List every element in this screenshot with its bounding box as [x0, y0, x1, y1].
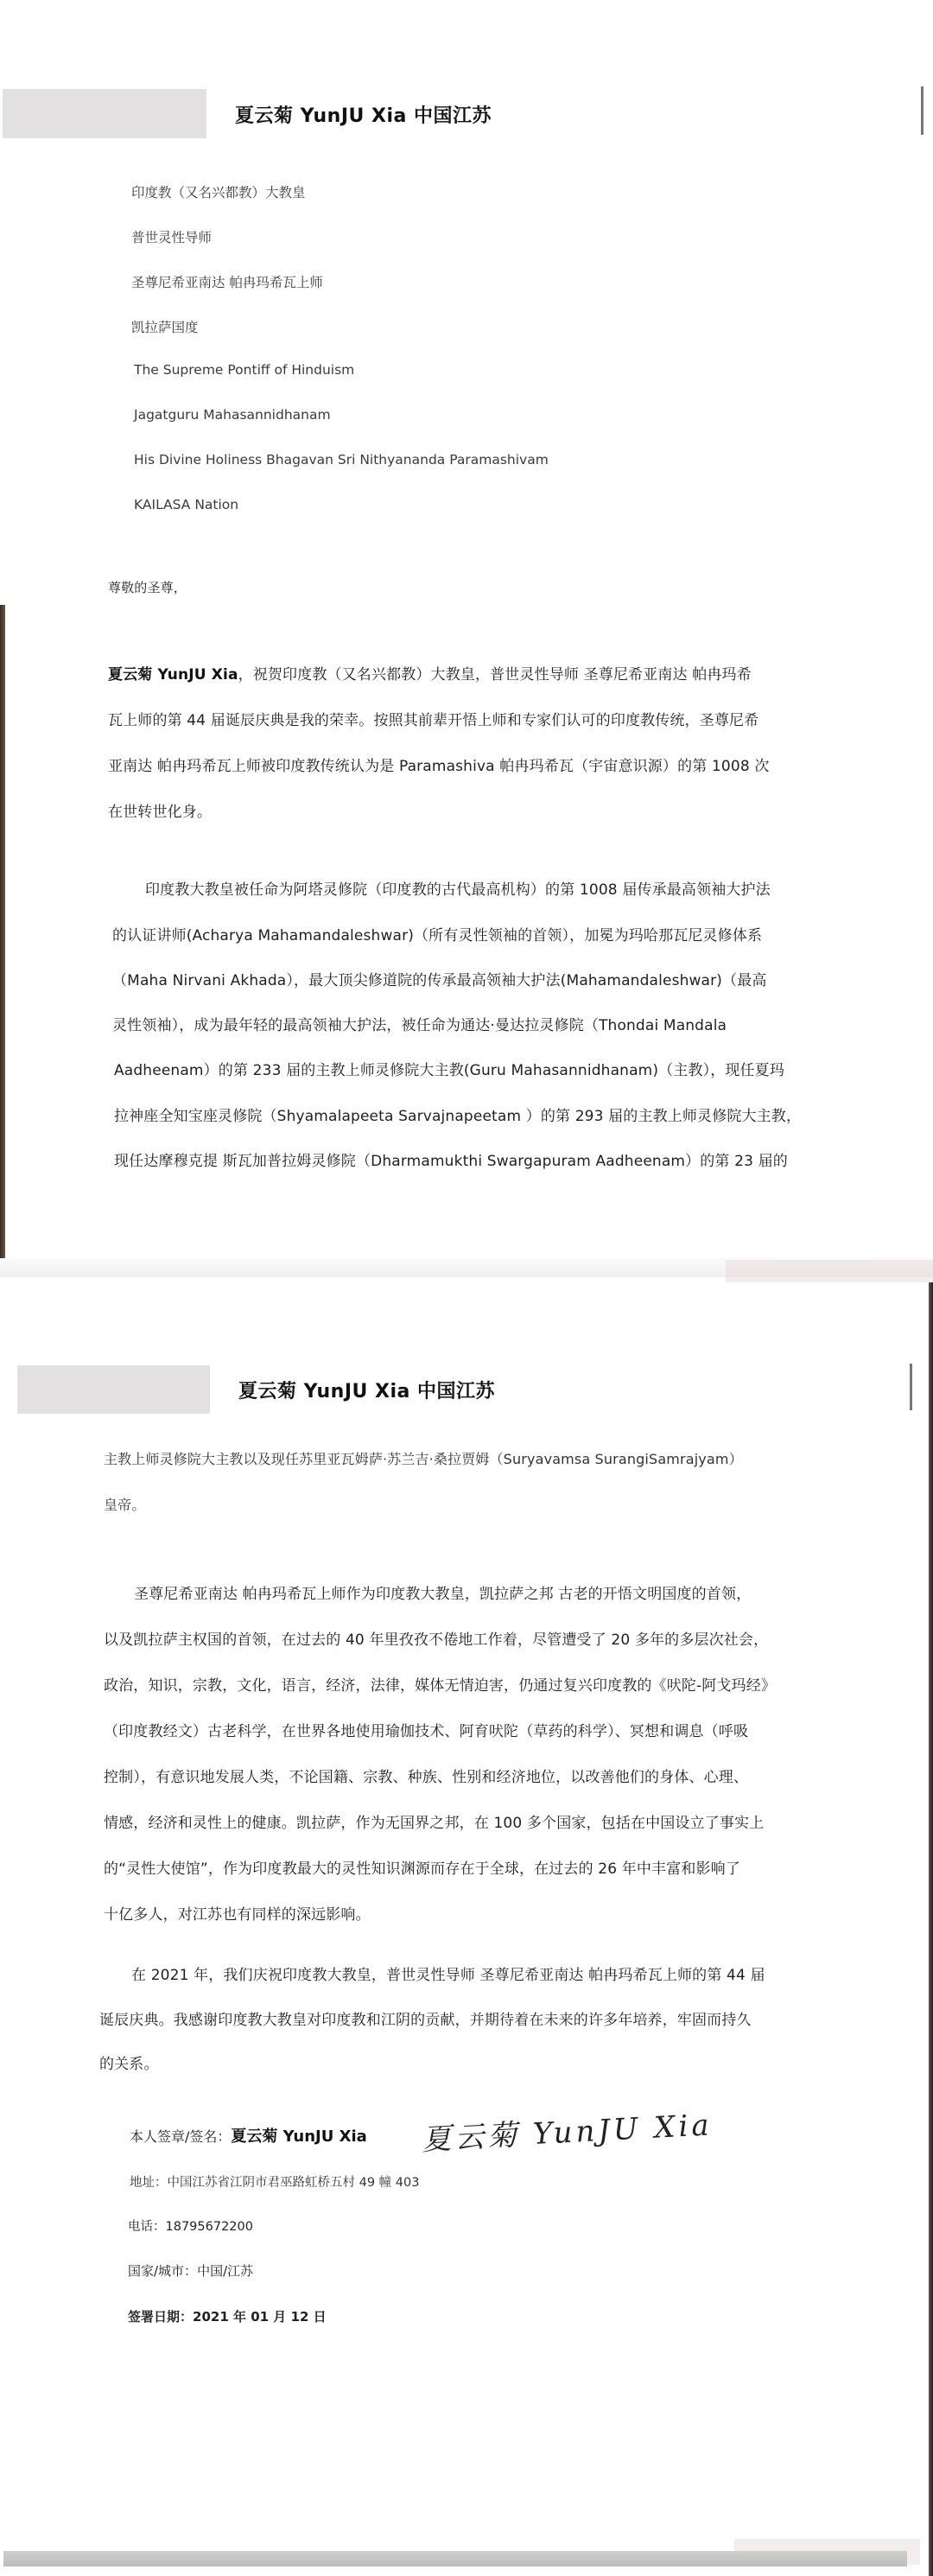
- paragraph-1-line: 在世转世化身。: [108, 799, 212, 821]
- paragraph-1-line-1: 夏云菊 YunJU Xia，祝贺印度教（又名兴都教）大教皇，普世灵性导师 圣尊尼…: [108, 662, 752, 684]
- page-title: 夏云菊 YunJU Xia 中国江苏: [235, 101, 492, 128]
- country-city-row: 国家/城市：中国/江苏: [128, 2261, 253, 2280]
- paragraph-4-line: 在 2021 年，我们庆祝印度教大教皇，普世灵性导师 圣尊尼希亚南达 帕冉玛希瓦…: [131, 1962, 765, 1984]
- paragraph-3-line: （印度教经文）古老科学，在世界各地使用瑜伽技术、阿育吠陀（草药的科学）、冥想和调…: [104, 1719, 748, 1740]
- paragraph-3-line: 圣尊尼希亚南达 帕冉玛希瓦上师作为印度教大教皇，凯拉萨之邦 古老的开悟文明国度的…: [134, 1581, 751, 1603]
- letter-page-2: 夏云菊 YunJU Xia 中国江苏 主教上师灵修院大主教以及现任苏里亚瓦姆萨·…: [0, 1277, 933, 2576]
- header-redacted-block: [3, 89, 206, 138]
- handwritten-signature: 夏云菊 YunJU Xia: [421, 2101, 714, 2159]
- addressee-line: His Divine Holiness Bhagavan Sri Nithyan…: [134, 452, 549, 467]
- paragraph-text: ，祝贺印度教（又名兴都教）大教皇，普世灵性导师 圣尊尼希亚南达 帕冉玛希: [238, 666, 752, 684]
- paragraph-3-line: 十亿多人，对江苏也有同样的深远影响。: [104, 1902, 371, 1924]
- date-label: 签署日期：: [128, 2309, 193, 2325]
- phone-row: 电话：18795672200: [128, 2217, 253, 2235]
- header-redacted-block: [17, 1365, 210, 1414]
- header-right-marker: [910, 1364, 912, 1410]
- scan-bottom-band: [3, 2551, 907, 2566]
- country-city-value: 中国/江苏: [197, 2263, 253, 2279]
- addressee-line: KAILASA Nation: [134, 497, 238, 512]
- paragraph-2-line: 的认证讲师(Acharya Mahamandaleshwar)（所有灵性领袖的首…: [112, 923, 762, 945]
- addressee-line: 圣尊尼希亚南达 帕冉玛希瓦上师: [131, 272, 323, 291]
- scan-edge-left: [0, 605, 5, 1277]
- header-right-marker: [921, 86, 923, 135]
- address-row: 地址：中国江苏省江阴市君巫路虹桥五村 49 幢 403: [130, 2172, 419, 2191]
- paragraph-2-line: 印度教大教皇被任命为阿塔灵修院（印度教的古代最高机构）的第 1008 届传承最高…: [145, 877, 771, 899]
- signer-name: 夏云菊 YunJU Xia: [231, 2128, 366, 2146]
- addressee-line: The Supreme Pontiff of Hinduism: [134, 362, 354, 378]
- paragraph-3-line: 情感，经济和灵性上的健康。凯拉萨，作为无国界之邦，在 100 多个国家，包括在中…: [104, 1810, 764, 1832]
- paragraph-2-line: 现任达摩穆克提 斯瓦加普拉姆灵修院（Dharmamukthi Swargapur…: [114, 1148, 788, 1170]
- addressee-line: 普世灵性导师: [131, 227, 212, 246]
- address-value: 中国江苏省江阴市君巫路虹桥五村 49 幢 403: [168, 2176, 420, 2190]
- paragraph-1-line: 亚南达 帕冉玛希瓦上师被印度教传统认为是 Paramashiva 帕冉玛希瓦（宇…: [108, 754, 770, 775]
- paragraph-2-line: 灵性领袖），成为最年轻的最高领袖大护法，被任命为通达·曼达拉灵修院（Thonda…: [112, 1013, 727, 1034]
- paragraph-3-line: 政治，知识，宗教，文化，语言，经济，法律，媒体无情迫害，仍通过复兴印度教的《吠陀…: [104, 1673, 776, 1695]
- paragraph-4-line: 诞辰庆典。我感谢印度教大教皇对印度教和江阴的贡献，并期待着在未来的许多年培养，牢…: [99, 2007, 752, 2029]
- paragraph-1-line: 瓦上师的第 44 届诞辰庆典是我的荣幸。按照其前辈开悟上师和专家们认可的印度教传…: [108, 708, 758, 729]
- paragraph-4-line: 的关系。: [99, 2051, 159, 2073]
- sender-name: 夏云菊 YunJU Xia: [108, 666, 238, 684]
- salutation: 尊敬的圣尊，: [108, 578, 187, 596]
- addressee-line: 凯拉萨国度: [131, 317, 199, 336]
- paragraph-3-line: 的“灵性大使馆”，作为印度教最大的灵性知识渊源而存在于全球，在过去的 26 年中…: [104, 1856, 740, 1878]
- page-title: 夏云菊 YunJU Xia 中国江苏: [238, 1377, 495, 1403]
- scan-edge-right: [929, 1282, 933, 2576]
- paragraph-2-line: Aadheenam）的第 233 届的主教上师灵修院大主教(Guru Mahas…: [114, 1058, 784, 1079]
- phone-value: 18795672200: [166, 2220, 253, 2234]
- continuation-line: 皇帝。: [104, 1494, 145, 1514]
- scan-smudge: [726, 1260, 933, 1282]
- paragraph-3-line: 以及凯拉萨主权国的首领，在过去的 40 年里孜孜不倦地工作着，尽管遭受了 20 …: [104, 1627, 768, 1649]
- signature-row: 本人签章/签名：夏云菊 YunJU Xia: [130, 2124, 367, 2147]
- letter-page-1: 夏云菊 YunJU Xia 中国江苏 印度教（又名兴都教）大教皇 普世灵性导师 …: [0, 0, 933, 1277]
- addressee-line: Jagatguru Mahasannidhanam: [134, 407, 331, 423]
- paragraph-2-line: 拉神座全知宝座灵修院（Shyamalapeeta Sarvajnapeetam …: [114, 1104, 801, 1125]
- paragraph-2-line: （Maha Nirvani Akhada），最大顶尖修道院的传承最高领袖大护法(…: [112, 968, 767, 989]
- signature-label: 本人签章/签名：: [130, 2128, 231, 2145]
- address-label: 地址：: [130, 2176, 168, 2190]
- addressee-line: 印度教（又名兴都教）大教皇: [131, 182, 306, 201]
- paragraph-3-line: 控制），有意识地发展人类，不论国籍、宗教、种族、性别和经济地位，以改善他们的身体…: [104, 1765, 748, 1786]
- date-row: 签署日期：2021 年 01 月 12 日: [128, 2307, 327, 2325]
- phone-label: 电话：: [128, 2220, 166, 2234]
- country-city-label: 国家/城市：: [128, 2263, 197, 2279]
- date-value: 2021 年 01 月 12 日: [193, 2309, 327, 2325]
- continuation-line: 主教上师灵修院大主教以及现任苏里亚瓦姆萨·苏兰吉·桑拉贾姆（Suryavamsa…: [104, 1448, 743, 1468]
